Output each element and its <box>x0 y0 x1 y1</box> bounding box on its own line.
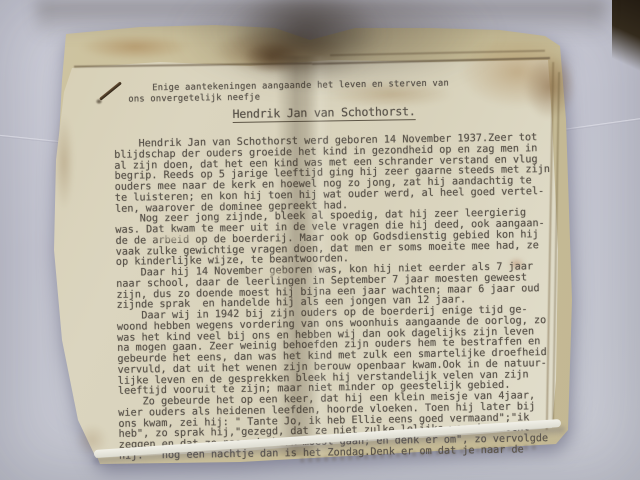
center-fold-shadow <box>276 56 332 456</box>
photo-of-document: Enige aantekeningen aangaande het leven … <box>0 0 640 480</box>
stain <box>54 115 74 210</box>
faded-ink-spot <box>146 230 204 243</box>
typed-text-layer: Enige aantekeningen aangaande het leven … <box>104 71 586 478</box>
typed-body: Hendrik Jan van Schothorst werd geboren … <box>114 133 554 462</box>
